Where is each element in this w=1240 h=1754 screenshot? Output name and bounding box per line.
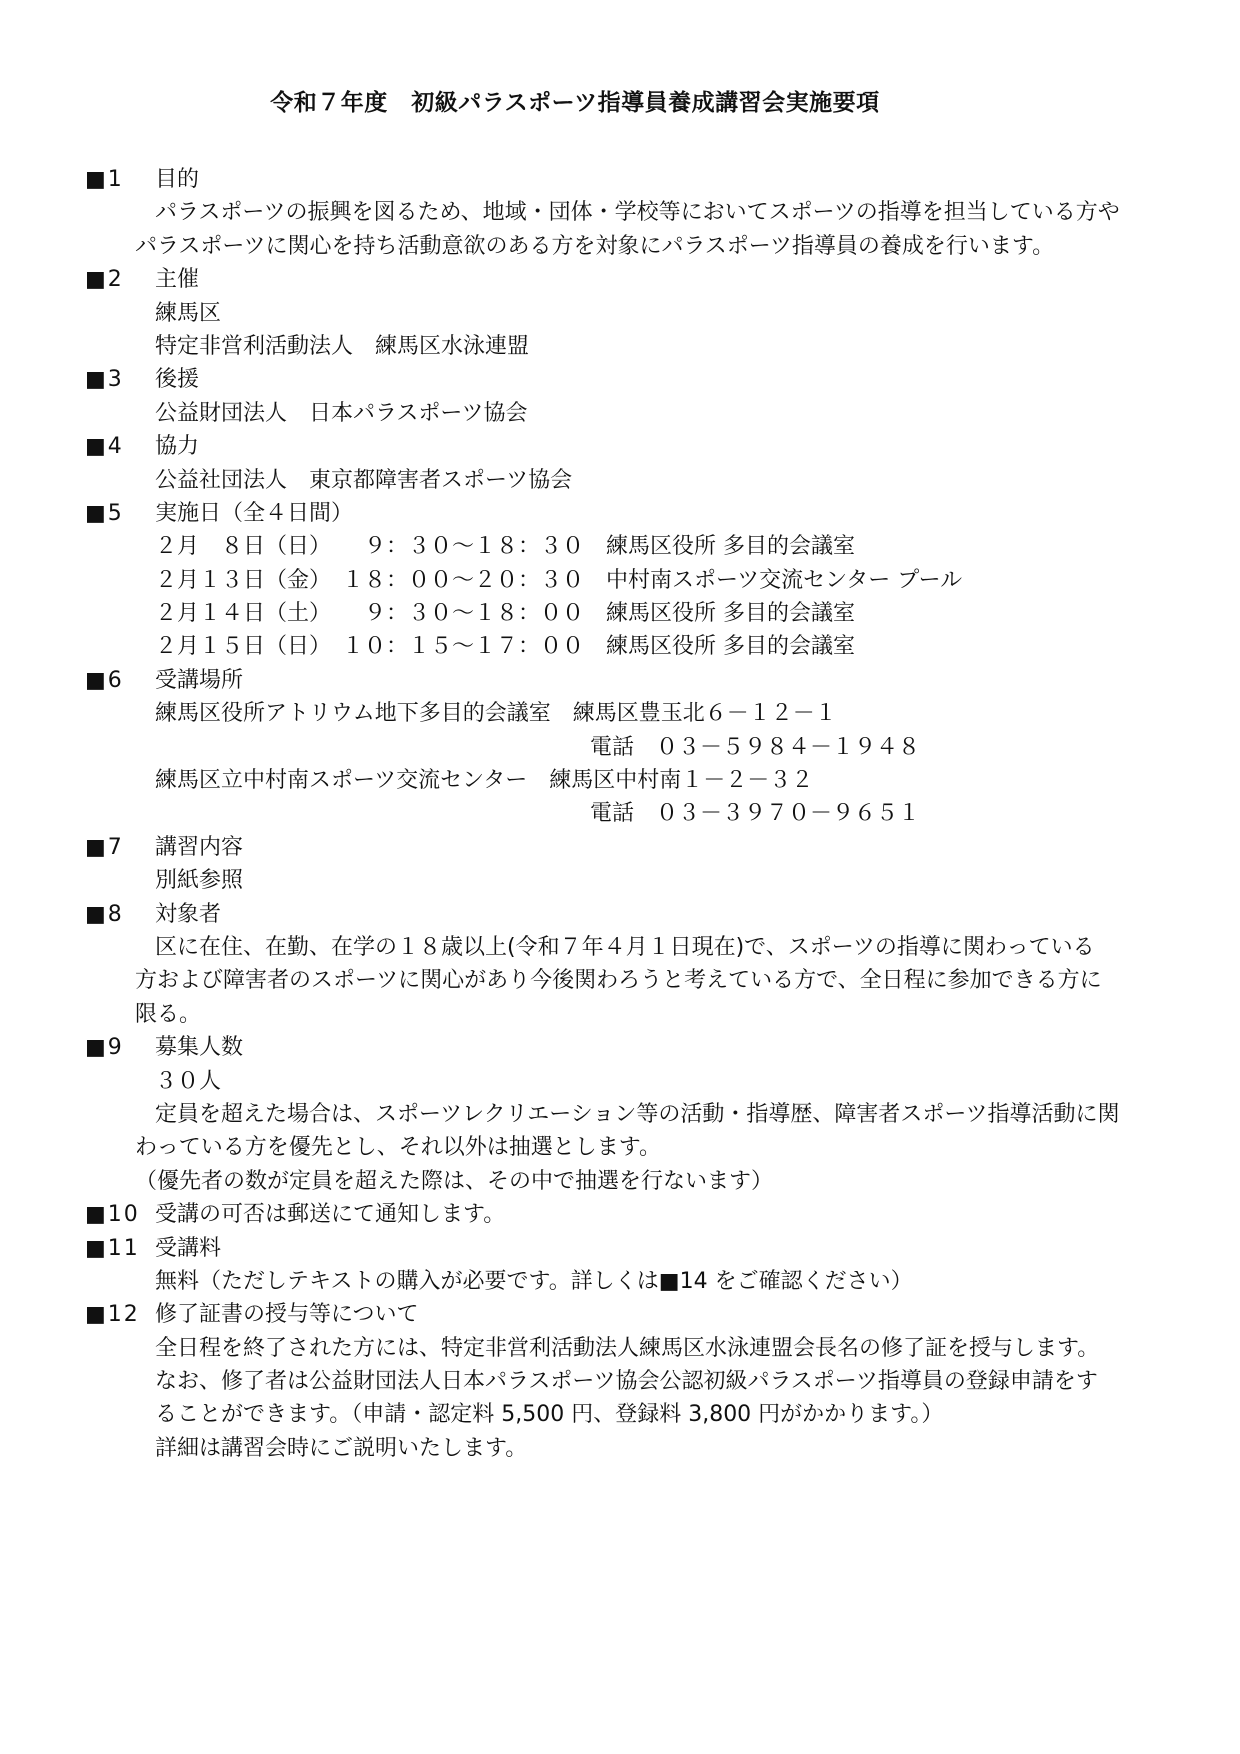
section-marker: ■3 bbox=[85, 363, 155, 396]
body-line: 公益社団法人 東京都障害者スポーツ協会 bbox=[0, 464, 1240, 497]
section-heading-line: ■6受講場所 bbox=[0, 664, 1240, 697]
line-text: 目的 bbox=[155, 163, 199, 196]
line-text: 特定非営利活動法人 練馬区水泳連盟 bbox=[155, 334, 529, 359]
body-line: パラスポーツの振興を図るため、地域・団体・学校等においてスポーツの指導を担当して… bbox=[0, 196, 1240, 229]
line-text: 詳細は講習会時にご説明いたします。 bbox=[155, 1436, 527, 1461]
line-text: ２月 ８日（日） ９：３０～１８：３０ 練馬区役所 多目的会議室 bbox=[155, 534, 855, 559]
document-page: 令和７年度 初級パラスポーツ指導員養成講習会実施要項 ■1目的パラスポーツの振興… bbox=[0, 0, 1240, 1754]
body-line: ることができます。（申請・認定料 5,500 円、登録料 3,800 円がかかり… bbox=[0, 1398, 1240, 1431]
line-text: ２月１４日（土） ９：３０～１８：００ 練馬区役所 多目的会議室 bbox=[155, 601, 855, 626]
line-text: なお、修了者は公益財団法人日本パラスポーツ協会公認初級パラスポーツ指導員の登録申… bbox=[155, 1369, 1098, 1394]
line-text: 練馬区立中村南スポーツ交流センター 練馬区中村南１－２－３２ bbox=[155, 768, 813, 793]
line-text: 募集人数 bbox=[155, 1031, 243, 1064]
line-text: 受講場所 bbox=[155, 664, 243, 697]
paragraph-continuation-line: 限る。 bbox=[0, 998, 1240, 1031]
body-line: ２月 ８日（日） ９：３０～１８：３０ 練馬区役所 多目的会議室 bbox=[0, 530, 1240, 563]
paragraph-continuation-line: （優先者の数が定員を超えた際は、その中で抽選を行ないます） bbox=[0, 1165, 1240, 1198]
line-text: ３０人 bbox=[155, 1069, 221, 1094]
body-line: 詳細は講習会時にご説明いたします。 bbox=[0, 1432, 1240, 1465]
line-text: わっている方を優先とし、それ以外は抽選とします。 bbox=[135, 1135, 661, 1160]
paragraph-continuation-line: 方および障害者のスポーツに関心があり今後関わろうと考えている方で、全日程に参加で… bbox=[0, 964, 1240, 997]
section-marker: ■6 bbox=[85, 664, 155, 697]
section-marker: ■7 bbox=[85, 831, 155, 864]
section-marker: ■2 bbox=[85, 263, 155, 296]
line-text: 区に在住、在勤、在学の１８歳以上(令和７年４月１日現在)で、スポーツの指導に関わ… bbox=[155, 935, 1095, 960]
section-marker: ■1 bbox=[85, 163, 155, 196]
section-marker: ■8 bbox=[85, 898, 155, 931]
line-text: 受講料 bbox=[155, 1232, 221, 1265]
body-line: 練馬区立中村南スポーツ交流センター 練馬区中村南１－２－３２ bbox=[0, 764, 1240, 797]
line-text: 受講の可否は郵送にて通知します。 bbox=[155, 1198, 505, 1231]
line-text: 練馬区 bbox=[155, 301, 221, 326]
body-line: 区に在住、在勤、在学の１８歳以上(令和７年４月１日現在)で、スポーツの指導に関わ… bbox=[0, 931, 1240, 964]
line-text: 全日程を終了された方には、特定非営利活動法人練馬区水泳連盟会長名の修了証を授与し… bbox=[155, 1336, 1099, 1361]
body-line: 別紙参照 bbox=[0, 864, 1240, 897]
line-text: パラスポーツの振興を図るため、地域・団体・学校等においてスポーツの指導を担当して… bbox=[155, 200, 1120, 225]
line-text: 練馬区役所アトリウム地下多目的会議室 練馬区豊玉北６－１２－１ bbox=[155, 701, 837, 726]
body-line: ２月１４日（土） ９：３０～１８：００ 練馬区役所 多目的会議室 bbox=[0, 597, 1240, 630]
line-text: ることができます。（申請・認定料 5,500 円、登録料 3,800 円がかかり… bbox=[155, 1402, 943, 1427]
line-text: 修了証書の授与等について bbox=[155, 1298, 419, 1331]
line-text: 限る。 bbox=[135, 1002, 201, 1027]
body-line: ２月１５日（日） １０：１５～１７：００ 練馬区役所 多目的会議室 bbox=[0, 630, 1240, 663]
line-text: 対象者 bbox=[155, 898, 221, 931]
line-text: 無料（ただしテキストの購入が必要です。詳しくは■14 をご確認ください） bbox=[155, 1269, 913, 1294]
section-marker: ■5 bbox=[85, 497, 155, 530]
section-heading-line: ■12修了証書の授与等について bbox=[0, 1298, 1240, 1331]
body-line: 特定非営利活動法人 練馬区水泳連盟 bbox=[0, 330, 1240, 363]
line-text: パラスポーツに関心を持ち活動意欲のある方を対象にパラスポーツ指導員の養成を行いま… bbox=[135, 234, 1054, 259]
phone-line: 電話 ０３－３９７０－９６５１ bbox=[0, 797, 1240, 830]
line-text: 後援 bbox=[155, 363, 199, 396]
line-text: 協力 bbox=[155, 430, 199, 463]
paragraph-continuation-line: わっている方を優先とし、それ以外は抽選とします。 bbox=[0, 1131, 1240, 1164]
body-line: 練馬区役所アトリウム地下多目的会議室 練馬区豊玉北６－１２－１ bbox=[0, 697, 1240, 730]
body-line: ３０人 bbox=[0, 1065, 1240, 1098]
section-heading-line: ■3後援 bbox=[0, 363, 1240, 396]
section-marker: ■12 bbox=[85, 1298, 155, 1331]
section-heading-line: ■4協力 bbox=[0, 430, 1240, 463]
line-text: ２月１３日（金） １８：００～２０：３０ 中村南スポーツ交流センター プール bbox=[155, 568, 962, 593]
line-text: 主催 bbox=[155, 263, 199, 296]
line-text: 講習内容 bbox=[155, 831, 243, 864]
body-line: なお、修了者は公益財団法人日本パラスポーツ協会公認初級パラスポーツ指導員の登録申… bbox=[0, 1365, 1240, 1398]
section-heading-line: ■10受講の可否は郵送にて通知します。 bbox=[0, 1198, 1240, 1231]
section-heading-line: ■2主催 bbox=[0, 263, 1240, 296]
section-heading-line: ■1目的 bbox=[0, 163, 1240, 196]
line-text: 電話 ０３－５９８４－１９４８ bbox=[590, 735, 920, 760]
line-text: ２月１５日（日） １０：１５～１７：００ 練馬区役所 多目的会議室 bbox=[155, 634, 855, 659]
line-text: 公益財団法人 日本パラスポーツ協会 bbox=[155, 401, 527, 426]
line-text: 公益社団法人 東京都障害者スポーツ協会 bbox=[155, 468, 572, 493]
section-marker: ■4 bbox=[85, 430, 155, 463]
line-text: 別紙参照 bbox=[155, 868, 243, 893]
body-line: 定員を超えた場合は、スポーツレクリエーション等の活動・指導歴、障害者スポーツ指導… bbox=[0, 1098, 1240, 1131]
line-text: 電話 ０３－３９７０－９６５１ bbox=[590, 801, 920, 826]
body-line: ２月１３日（金） １８：００～２０：３０ 中村南スポーツ交流センター プール bbox=[0, 564, 1240, 597]
section-marker: ■10 bbox=[85, 1198, 155, 1231]
body-line: 無料（ただしテキストの購入が必要です。詳しくは■14 をご確認ください） bbox=[0, 1265, 1240, 1298]
section-heading-line: ■7講習内容 bbox=[0, 831, 1240, 864]
line-text: 定員を超えた場合は、スポーツレクリエーション等の活動・指導歴、障害者スポーツ指導… bbox=[155, 1102, 1119, 1127]
line-text: （優先者の数が定員を超えた際は、その中で抽選を行ないます） bbox=[135, 1169, 773, 1194]
document-body: ■1目的パラスポーツの振興を図るため、地域・団体・学校等においてスポーツの指導を… bbox=[0, 163, 1240, 1465]
section-heading-line: ■9募集人数 bbox=[0, 1031, 1240, 1064]
body-line: 全日程を終了された方には、特定非営利活動法人練馬区水泳連盟会長名の修了証を授与し… bbox=[0, 1332, 1240, 1365]
section-heading-line: ■5実施日（全４日間） bbox=[0, 497, 1240, 530]
section-marker: ■9 bbox=[85, 1031, 155, 1064]
body-line: 公益財団法人 日本パラスポーツ協会 bbox=[0, 397, 1240, 430]
phone-line: 電話 ０３－５９８４－１９４８ bbox=[0, 731, 1240, 764]
line-text: 方および障害者のスポーツに関心があり今後関わろうと考えている方で、全日程に参加で… bbox=[135, 968, 1102, 993]
section-marker: ■11 bbox=[85, 1232, 155, 1265]
paragraph-continuation-line: パラスポーツに関心を持ち活動意欲のある方を対象にパラスポーツ指導員の養成を行いま… bbox=[0, 230, 1240, 263]
line-text: 実施日（全４日間） bbox=[155, 497, 353, 530]
section-heading-line: ■8対象者 bbox=[0, 898, 1240, 931]
body-line: 練馬区 bbox=[0, 297, 1240, 330]
section-heading-line: ■11受講料 bbox=[0, 1232, 1240, 1265]
document-title: 令和７年度 初級パラスポーツ指導員養成講習会実施要項 bbox=[0, 84, 1150, 117]
